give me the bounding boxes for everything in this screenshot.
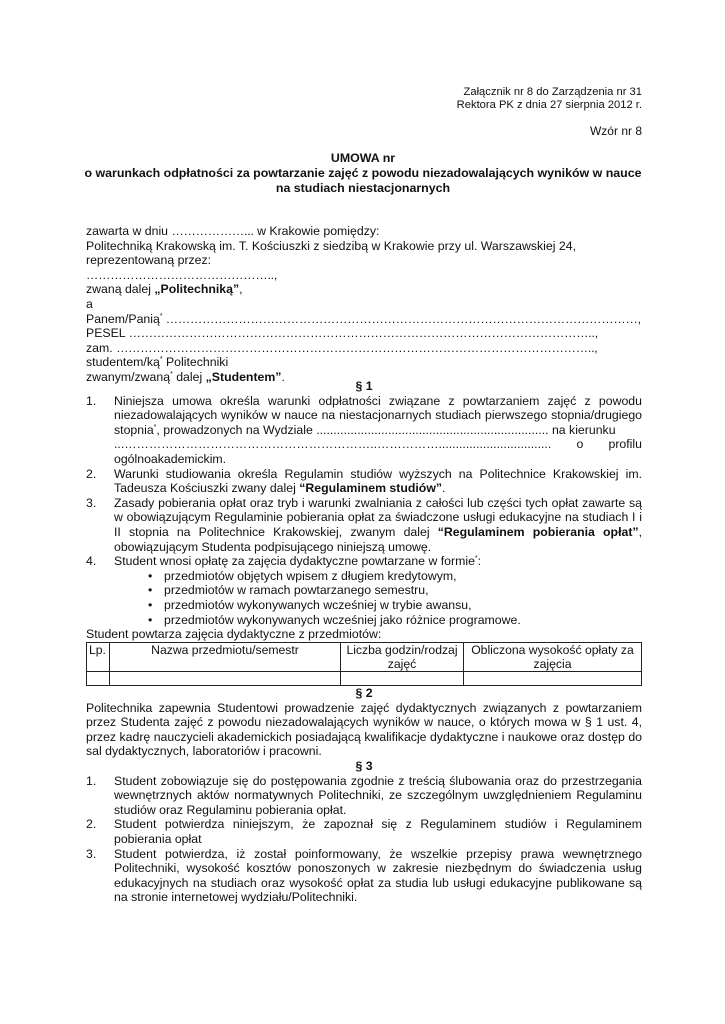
section-2: § 2 Politechnika zapewnia Studentowi pro… bbox=[86, 686, 642, 759]
section-3-list: 1.Student zobowiązuje się do postępowani… bbox=[86, 774, 642, 905]
called-bold: „Politechniką” bbox=[154, 282, 239, 296]
section-1-item-3: 3. Zasady pobierania opłat oraz tryb i w… bbox=[86, 496, 642, 554]
table-row bbox=[87, 671, 642, 685]
document-title: UMOWA nr o warunkach odpłatności za powt… bbox=[60, 151, 666, 195]
item-number: 2. bbox=[86, 467, 96, 482]
date-field[interactable]: ………………... bbox=[171, 224, 253, 238]
header-fee: Obliczona wysokość opłaty za zajęcia bbox=[464, 642, 642, 671]
and-word: a bbox=[86, 297, 642, 312]
item-text-end: ogólnoakademickim. bbox=[114, 452, 642, 467]
section-1-sign: § 1 bbox=[86, 379, 642, 394]
item-number: 1. bbox=[86, 394, 96, 409]
item-number: 4. bbox=[86, 554, 96, 569]
person-label: Panem/Panią bbox=[86, 312, 160, 326]
header-lp: Lp. bbox=[87, 642, 110, 671]
representative-field[interactable]: ……………………………………….., bbox=[86, 268, 642, 283]
concluded-suffix: w Krakowie pomiędzy: bbox=[254, 224, 380, 238]
item-text: Student potwierdza niniejszym, że zapozn… bbox=[114, 817, 642, 846]
title-line-2: o warunkach odpłatności za powtarzanie z… bbox=[60, 166, 666, 181]
item-number: 3. bbox=[86, 847, 96, 862]
attachment-line-2: Rektora PK z dnia 27 sierpnia 2012 r. bbox=[457, 99, 642, 112]
item-text: Student wnosi opłatę za zajęcia dydaktyc… bbox=[114, 554, 475, 568]
title-line-1: UMOWA nr bbox=[60, 151, 666, 166]
called-politechnika: zwaną dalej „Politechniką”, bbox=[86, 282, 642, 297]
section-2-sign: § 2 bbox=[86, 686, 642, 701]
address-field[interactable]: ……………………………………………………………………………………………………….… bbox=[116, 341, 597, 355]
cell-hours[interactable] bbox=[341, 671, 464, 685]
bullet-item: przedmiotów objętych wpisem z długiem kr… bbox=[148, 569, 642, 584]
party-1: Politechniką Krakowską im. T. Kościuszki… bbox=[86, 239, 642, 254]
section-1-item-4: 4. Student wnosi opłatę za zajęcia dydak… bbox=[86, 554, 642, 569]
pesel-label: PESEL bbox=[86, 326, 129, 340]
student-of-prefix: studentem/ką bbox=[86, 355, 160, 369]
item-number: 2. bbox=[86, 817, 96, 832]
header-hours: Liczba godzin/rodzaj zajęć bbox=[341, 642, 464, 671]
table-header-row: Lp. Nazwa przedmiotu/semestr Liczba godz… bbox=[87, 642, 642, 671]
person-field[interactable]: ………………………………………………………………………………………………………, bbox=[163, 312, 641, 326]
section-3: § 3 1.Student zobowiązuje się do postępo… bbox=[86, 759, 642, 905]
section-3-item-1: 1.Student zobowiązuje się do postępowani… bbox=[86, 774, 642, 818]
courses-table: Lp. Nazwa przedmiotu/semestr Liczba godz… bbox=[86, 642, 642, 686]
cell-course-name[interactable] bbox=[110, 671, 341, 685]
item-number: 1. bbox=[86, 774, 96, 789]
student-of-suffix: Politechniki bbox=[163, 355, 229, 369]
cell-fee[interactable] bbox=[464, 671, 642, 685]
section-1: § 1 1. Niniejsza umowa określa warunki o… bbox=[86, 379, 642, 686]
item-suffix: . bbox=[442, 481, 445, 495]
item-number: 3. bbox=[86, 496, 96, 511]
called-suffix: , bbox=[239, 282, 242, 296]
template-number: Wzór nr 8 bbox=[590, 124, 642, 139]
item-suffix: : bbox=[478, 554, 481, 568]
student-of-line: studentem/ką* Politechniki bbox=[86, 355, 642, 370]
item-text: Student potwierdza, iż został poinformow… bbox=[114, 847, 642, 905]
section-1-list: 1. Niniejsza umowa określa warunki odpła… bbox=[86, 394, 642, 569]
concluded-line: zawarta w dniu ………………... w Krakowie pomi… bbox=[86, 224, 642, 239]
title-line-3: na studiach niestacjonarnych bbox=[60, 181, 666, 196]
item-bold: “Regulaminem studiów” bbox=[299, 481, 442, 495]
major-field[interactable]: ...……………………………………………………..……………..........… bbox=[114, 437, 642, 452]
header-course-name: Nazwa przedmiotu/semestr bbox=[110, 642, 341, 671]
payment-forms-list: przedmiotów objętych wpisem z długiem kr… bbox=[86, 569, 642, 627]
represented-by: reprezentowaną przez: bbox=[86, 253, 642, 268]
concluded-prefix: zawarta w dniu bbox=[86, 224, 171, 238]
pesel-field[interactable]: ……………………………………………………………………………………………………..… bbox=[129, 326, 598, 340]
attachment-note: Załącznik nr 8 do Zarządzenia nr 31 Rekt… bbox=[457, 86, 642, 113]
attachment-line-1: Załącznik nr 8 do Zarządzenia nr 31 bbox=[457, 86, 642, 99]
bullet-item: przedmiotów w ramach powtarzanego semest… bbox=[148, 583, 642, 598]
faculty-field[interactable]: , prowadzonych na Wydziale .............… bbox=[156, 423, 615, 437]
address-label: zam. bbox=[86, 341, 116, 355]
section-1-item-1: 1. Niniejsza umowa określa warunki odpła… bbox=[86, 394, 642, 467]
cell-lp[interactable] bbox=[87, 671, 110, 685]
section-3-sign: § 3 bbox=[86, 759, 642, 774]
pesel-line: PESEL …………………………………………………………………………………………… bbox=[86, 326, 642, 341]
address-line: zam. ……………………………………………………………………………………………… bbox=[86, 341, 642, 356]
table-caption: Student powtarza zajęcia dydaktyczne z p… bbox=[86, 627, 642, 642]
section-2-text: Politechnika zapewnia Studentowi prowadz… bbox=[86, 701, 642, 759]
person-line: Panem/Panią* ………………………………………………………………………… bbox=[86, 312, 642, 327]
contract-parties: zawarta w dniu ………………... w Krakowie pomi… bbox=[86, 224, 642, 385]
section-3-item-3: 3.Student potwierdza, iż został poinform… bbox=[86, 847, 642, 905]
section-3-item-2: 2.Student potwierdza niniejszym, że zapo… bbox=[86, 817, 642, 846]
called-prefix: zwaną dalej bbox=[86, 282, 154, 296]
section-1-item-2: 2. Warunki studiowania określa Regulamin… bbox=[86, 467, 642, 496]
bullet-item: przedmiotów wykonywanych wcześniej jako … bbox=[148, 613, 642, 628]
item-bold: “Regulaminem pobierania opłat” bbox=[438, 525, 639, 539]
item-text: Student zobowiązuje się do postępowania … bbox=[114, 774, 642, 817]
bullet-item: przedmiotów wykonywanych wcześniej w try… bbox=[148, 598, 642, 613]
